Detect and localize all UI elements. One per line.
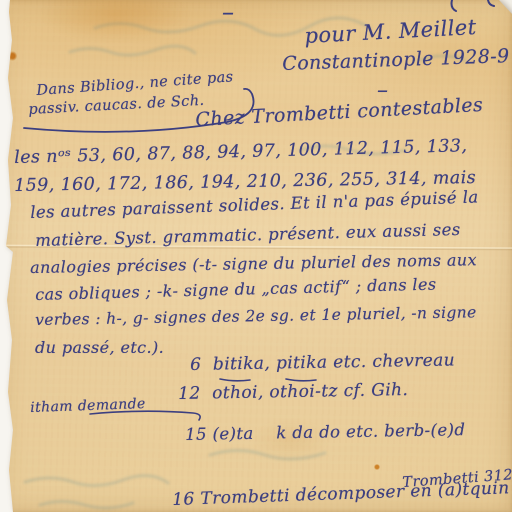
body-line: cas obliques ; -k- signe du „cas actif“ … <box>35 276 437 303</box>
manuscript-scan: – pour M. Meillet Constantinople 1928-9 … <box>0 0 512 512</box>
body-line: du passé, etc.). <box>35 340 164 356</box>
paper-sheet: – pour M. Meillet Constantinople 1928-9 … <box>0 0 512 512</box>
body-line-numbers-1: les nᵒˢ 53, 60, 87, 88, 94, 97, 100, 112… <box>14 138 468 167</box>
numbered-item-15: 15 (e)ta k da do etc. berb-(e)d <box>185 422 465 443</box>
stain-spot <box>8 51 17 61</box>
side-note-strike <box>88 408 208 422</box>
numbered-item-6: 6 bitika, pitika etc. chevreau <box>190 352 455 374</box>
stain-smudge <box>40 0 190 42</box>
body-line: verbes : h-, g- signes des 2e sg. et 1e … <box>35 305 477 328</box>
cutoff-pen-stroke <box>440 0 510 16</box>
separator-dash: – <box>222 0 234 24</box>
numbered-item-16-cutoff: 16 Trombetti décomposer en (a)tquin <box>172 480 510 509</box>
numbered-item-12: 12 othoi, othoi-tz cf. Gih. <box>178 382 408 403</box>
stain-spot <box>374 464 380 470</box>
body-line: analogies précises (-t- signe du pluriel… <box>30 252 477 276</box>
paper-sheet-wrapper: – pour M. Meillet Constantinople 1928-9 … <box>0 0 512 512</box>
place-date-line: Constantinople 1928-9 <box>282 47 510 74</box>
dedication-line: pour M. Meillet <box>304 17 477 47</box>
